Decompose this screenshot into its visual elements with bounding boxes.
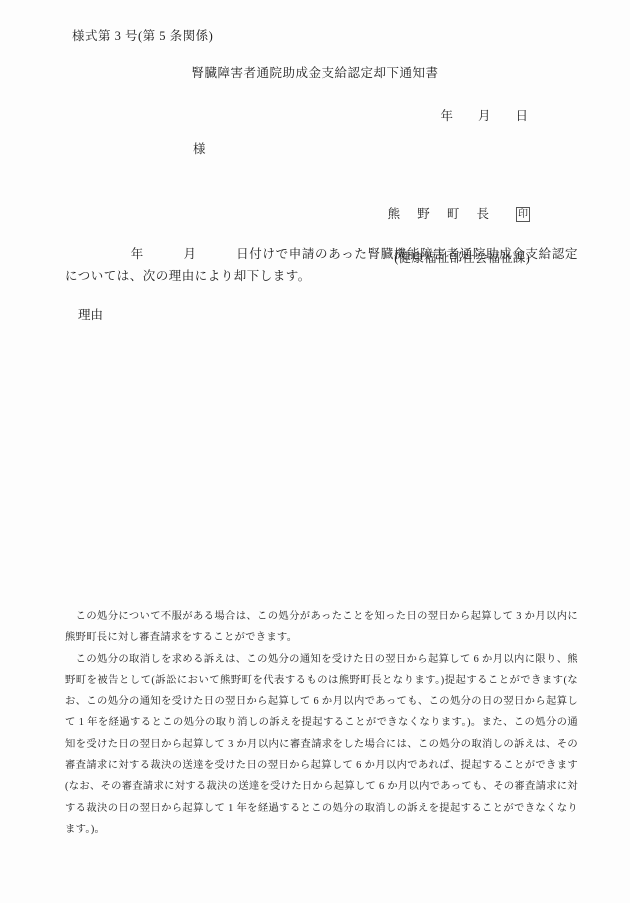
appeal-notes-paragraph-2: この処分の取消しを求める訴えは、この処分の通知を受けた日の翌日から起算して 6 … bbox=[65, 649, 578, 841]
appeal-notes-paragraph-1: この処分について不服がある場合は、この処分があったことを知った日の翌日から起算し… bbox=[65, 606, 578, 649]
appeal-notes: この処分について不服がある場合は、この処分があったことを知った日の翌日から起算し… bbox=[65, 606, 578, 840]
issue-date-line: 年 月 日 bbox=[440, 106, 528, 124]
issuer-name-row: 熊 野 町 長印 bbox=[369, 181, 530, 247]
recipient-honorific: 様 bbox=[193, 139, 206, 157]
body-paragraph: 年 月 日付けで申請のあった腎臓機能障害者通院助成金支給認定については、次の理由… bbox=[65, 243, 578, 287]
form-number: 様式第 3 号(第 5 条関係) bbox=[72, 26, 213, 44]
document-page: 様式第 3 号(第 5 条関係) 腎臓障害者通院助成金支給認定却下通知書 年 月… bbox=[0, 0, 630, 903]
reason-label: 理由 bbox=[78, 305, 103, 323]
seal-icon: 印 bbox=[516, 207, 530, 222]
document-title: 腎臓障害者通院助成金支給認定却下通知書 bbox=[0, 63, 630, 81]
issuer-name: 熊 野 町 長 bbox=[388, 207, 496, 221]
